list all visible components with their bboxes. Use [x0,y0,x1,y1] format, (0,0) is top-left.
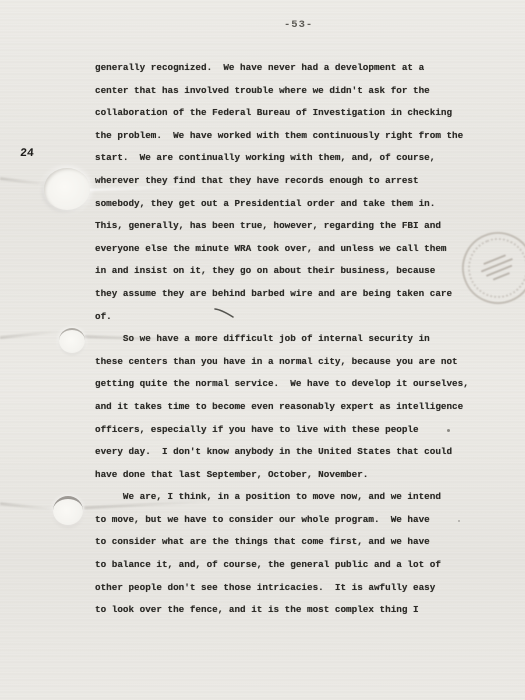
text-line: to move, but we have to consider our who… [95,509,495,532]
text-line: collaboration of the Federal Bureau of I… [95,102,495,125]
text-line: center that has involved trouble where w… [95,80,495,103]
text-line: wherever they find that they have record… [95,170,495,193]
text-line: So we have a more difficult job of inter… [95,328,495,351]
scan-bottom-edge [0,690,525,700]
paper-crease [0,330,60,339]
paper-crease [0,177,48,186]
text-line: of. [95,306,495,329]
margin-note: 24 [20,147,35,160]
paper-crease [0,502,54,511]
text-line: have done that last September, October, … [95,464,495,487]
text-line: everyone else the minute WRA took over, … [95,238,495,261]
text-line: the problem. We have worked with them co… [95,125,495,148]
text-line: to balance it, and, of course, the gener… [95,554,495,577]
text-line: officers, especially if you have to live… [95,419,495,442]
ink-speck [447,429,450,432]
text-line: somebody, they get out a Presidential or… [95,193,495,216]
scanned-document-page: -53- 24 generally recognized. We have ne… [0,0,525,700]
text-line: This, generally, has been true, however,… [95,215,495,238]
pen-tick-icon [213,306,237,322]
text-line: to consider what are the things that com… [95,531,495,554]
punch-hole [53,496,83,525]
text-line: generally recognized. We have never had … [95,57,495,80]
text-line: other people don't see those intricacies… [95,577,495,600]
text-line: getting quite the normal service. We hav… [95,373,495,396]
page-number: -53- [284,19,313,31]
text-line: and it takes time to become even reasona… [95,396,495,419]
text-line: they assume they are behind barbed wire … [95,283,495,306]
text-line: start. We are continually working with t… [95,147,495,170]
typewritten-text-block: generally recognized. We have never had … [95,57,495,622]
text-line: to look over the fence, and it is the mo… [95,599,495,622]
text-line: in and insist on it, they go on about th… [95,260,495,283]
text-line: every day. I don't know anybody in the U… [95,441,495,464]
punch-hole [59,328,85,353]
ink-speck [458,520,460,522]
punch-hole [44,168,90,210]
text-line: We are, I think, in a position to move n… [95,486,495,509]
text-line: these centers than you have in a normal … [95,351,495,374]
